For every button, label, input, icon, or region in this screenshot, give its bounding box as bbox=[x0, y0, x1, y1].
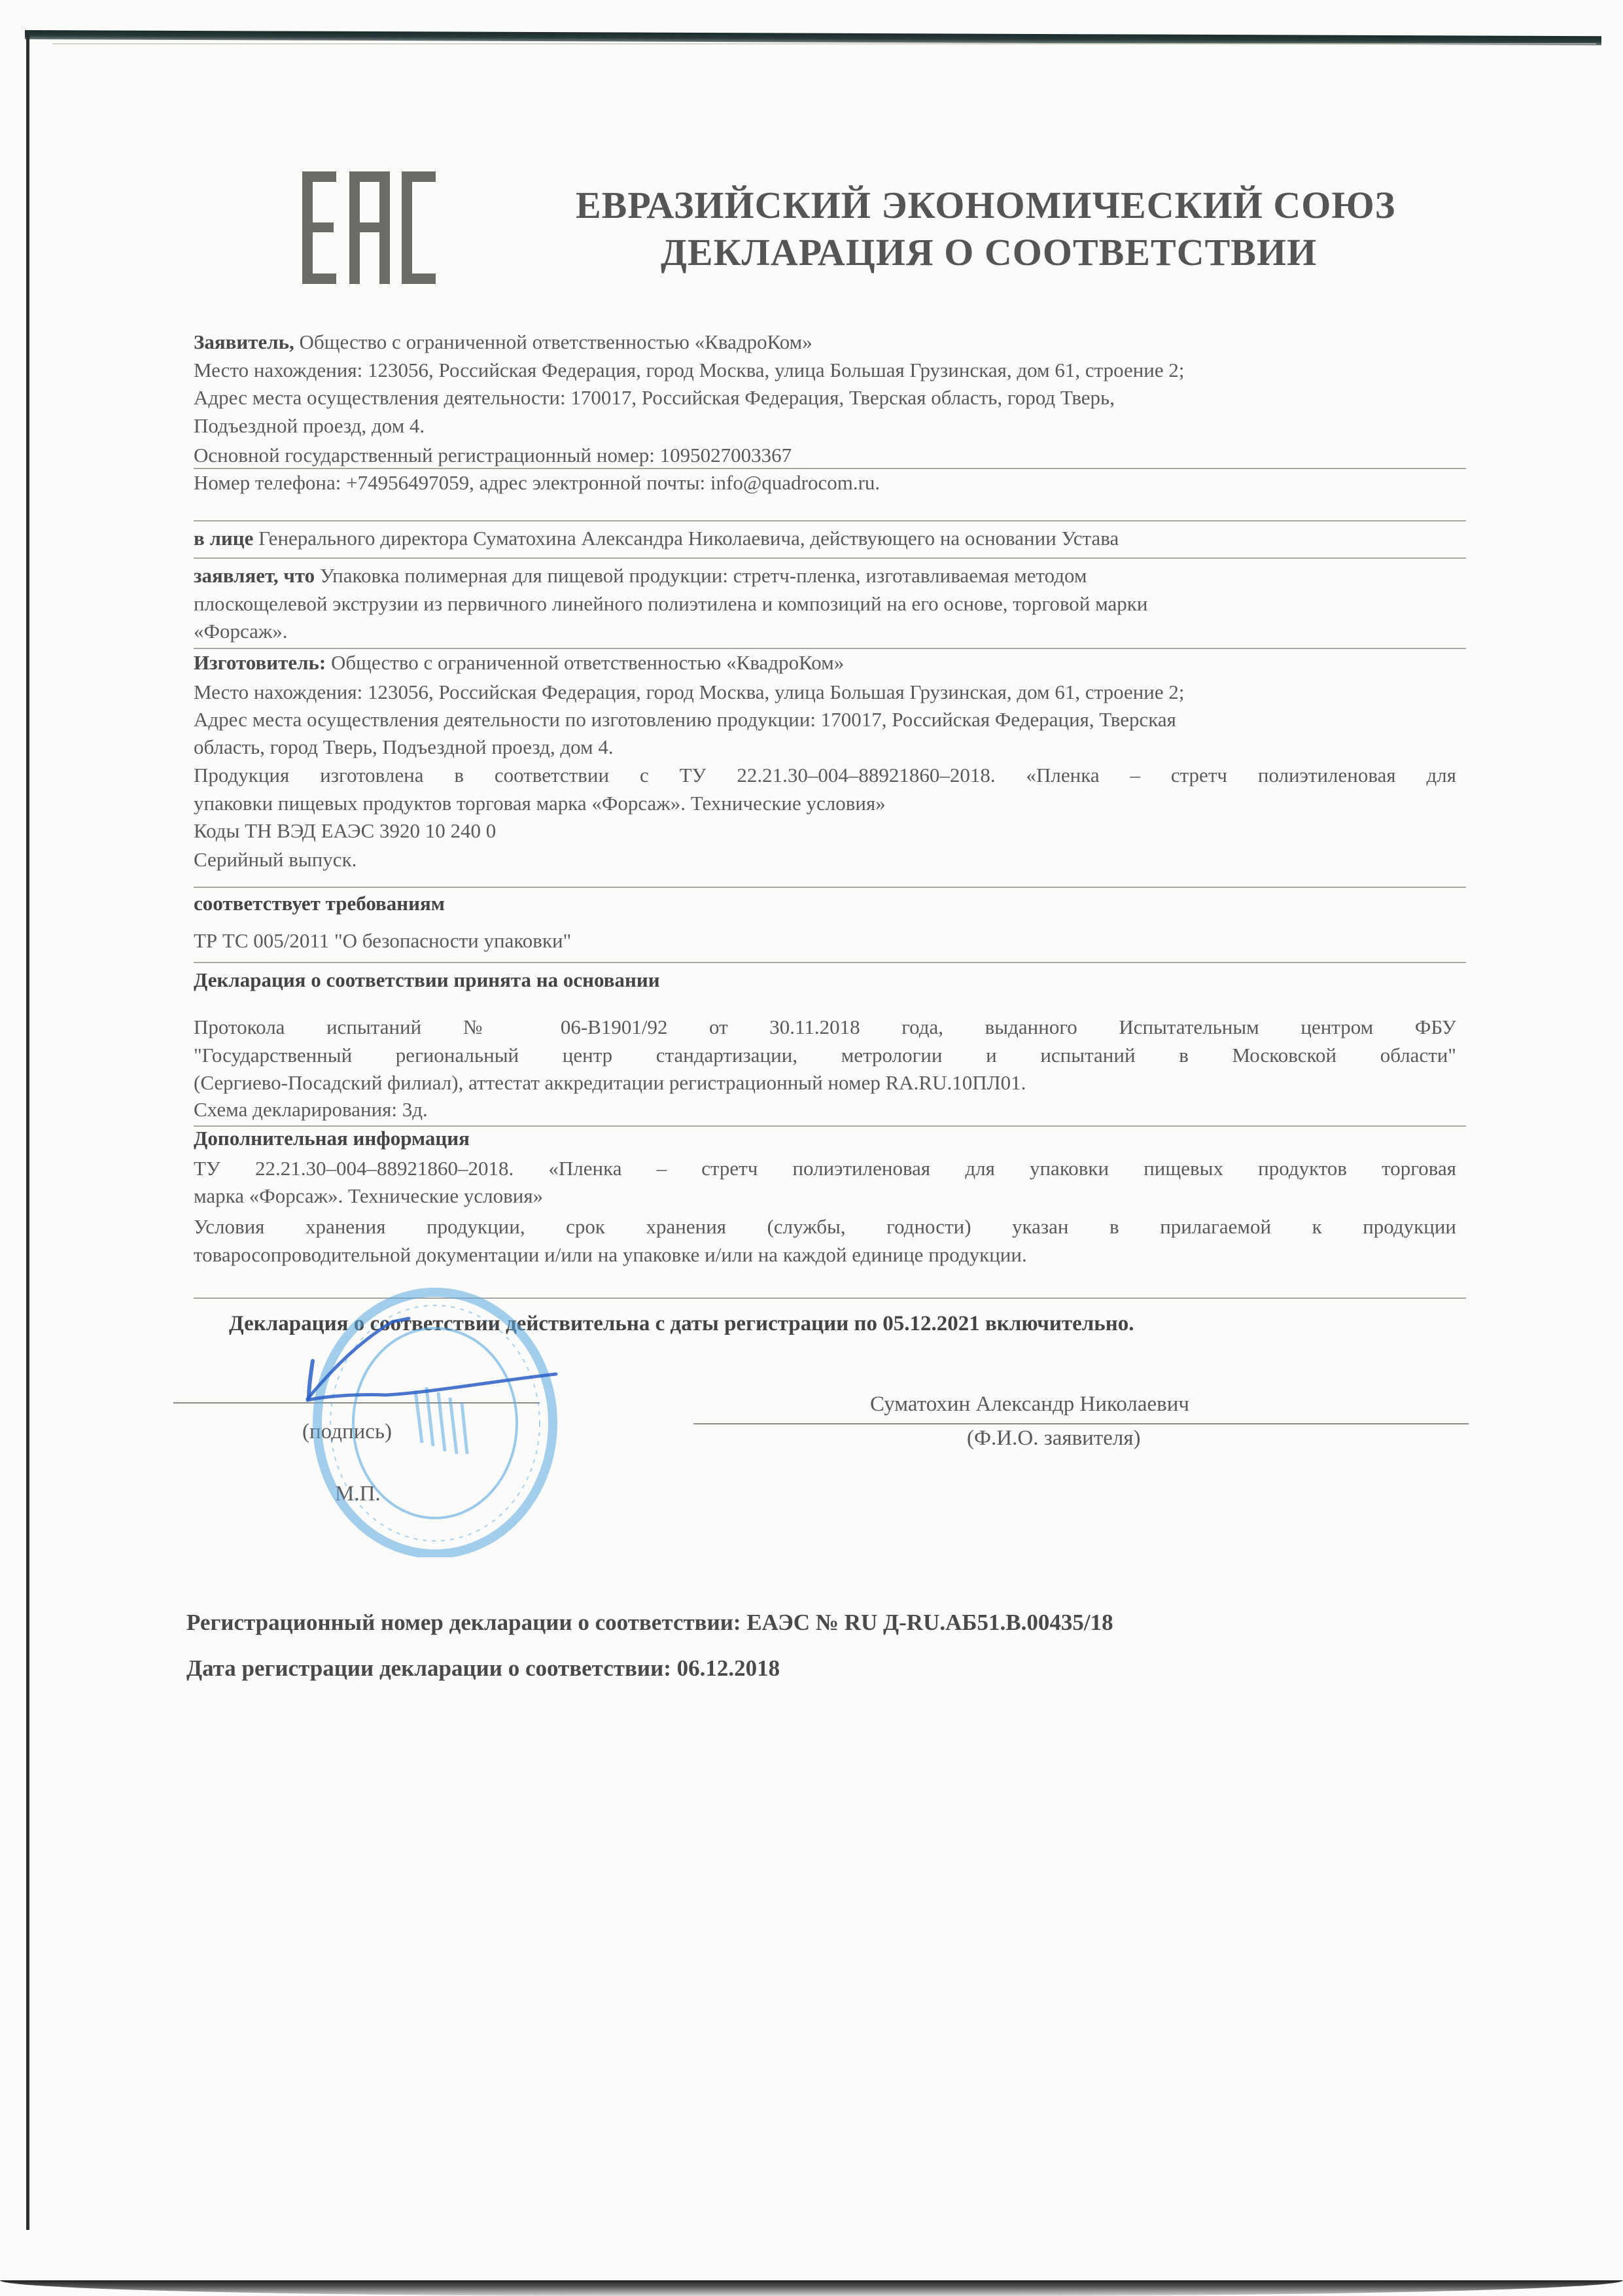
basis-line-3: (Сергиево-Посадский филиал), аттестат ак… bbox=[194, 1071, 1026, 1095]
representative-text: Генерального директора Суматохина Алекса… bbox=[253, 527, 1119, 550]
basis-label: Декларация о соответствии принята на осн… bbox=[194, 968, 660, 992]
signatory-name: Суматохин Александр Николаевич bbox=[870, 1392, 1189, 1417]
applicant-line: Заявитель, Общество с ограниченной ответ… bbox=[194, 330, 812, 354]
signatory-caption: (Ф.И.О. заявителя) bbox=[967, 1426, 1141, 1451]
registration-date: Дата регистрации декларации о соответств… bbox=[186, 1655, 780, 1682]
manufacturer-standard-2: упаковки пищевых продуктов торговая марк… bbox=[194, 792, 886, 815]
seal-caption: М.П. bbox=[335, 1482, 381, 1506]
signatory-name-line bbox=[693, 1423, 1469, 1424]
scan-edge-bottom bbox=[0, 2280, 1623, 2296]
applicant-activity-address-1: Адрес места осуществления деятельности: … bbox=[194, 386, 1115, 410]
statement-line-1: заявляет, что Упаковка полимерная для пи… bbox=[194, 564, 1087, 588]
applicant-label: Заявитель, bbox=[194, 330, 294, 353]
applicant-activity-address-2: Подъездной проезд, дом 4. bbox=[194, 414, 425, 438]
additional-info-line-3: Условия хранения продукции, срок хранени… bbox=[194, 1215, 1456, 1239]
separator bbox=[194, 557, 1466, 559]
requirements-label: соответствует требованиям bbox=[194, 892, 445, 915]
representative-label: в лице bbox=[194, 527, 253, 550]
separator bbox=[194, 648, 1466, 649]
manufacturer-line: Изготовитель: Общество с ограниченной от… bbox=[194, 651, 844, 675]
manufacturer-name: Общество с ограниченной ответственностью… bbox=[326, 651, 844, 674]
statement-label: заявляет, что bbox=[194, 564, 315, 587]
statement-line-3: «Форсаж». bbox=[194, 620, 288, 643]
representative-line: в лице Генерального директора Суматохина… bbox=[194, 527, 1119, 550]
manufacturer-hs-code: Коды ТН ВЭД ЕАЭС 3920 10 240 0 bbox=[194, 819, 496, 843]
document-title-union: ЕВРАЗИЙСКИЙ ЭКОНОМИЧЕСКИЙ СОЮЗ bbox=[576, 183, 1395, 227]
manufacturer-label: Изготовитель: bbox=[194, 651, 326, 674]
signature-line bbox=[173, 1402, 540, 1404]
manufacturer-production-address-1: Адрес места осуществления деятельности п… bbox=[194, 708, 1176, 732]
manufacturer-standard-1: Продукция изготовлена в соответствии с Т… bbox=[194, 764, 1456, 787]
manufacturer-location: Место нахождения: 123056, Российская Фед… bbox=[194, 680, 1185, 704]
manufacturer-production-address-2: область, город Тверь, Подъездной проезд,… bbox=[194, 735, 614, 759]
separator bbox=[194, 962, 1466, 963]
additional-info-line-4: товаросопроводительной документации и/ил… bbox=[194, 1243, 1027, 1267]
signature-caption: (подпись) bbox=[302, 1420, 392, 1444]
validity-statement: Декларация о соответствии действительна … bbox=[229, 1312, 1134, 1336]
eac-logo-icon bbox=[302, 171, 436, 284]
document-page: ЕВРАЗИЙСКИЙ ЭКОНОМИЧЕСКИЙ СОЮЗ ДЕКЛАРАЦИ… bbox=[0, 0, 1623, 2296]
additional-info-line-2: марка «Форсаж». Технические условия» bbox=[194, 1184, 543, 1208]
basis-line-1: Протокола испытаний № 06-В1901/92 от 30.… bbox=[194, 1016, 1456, 1039]
applicant-location: Место нахождения: 123056, Российская Фед… bbox=[194, 359, 1185, 382]
additional-info-label: Дополнительная информация bbox=[194, 1127, 470, 1150]
separator bbox=[194, 468, 1466, 469]
scan-edge-left bbox=[26, 30, 29, 2230]
additional-info-line-1: ТУ 22.21.30–004–88921860–2018. «Пленка –… bbox=[194, 1157, 1456, 1180]
separator bbox=[194, 520, 1466, 521]
statement-text-1: Упаковка полимерная для пищевой продукци… bbox=[315, 564, 1087, 587]
basis-scheme: Схема декларирования: 3д. bbox=[194, 1098, 428, 1122]
applicant-name: Общество с ограниченной ответственностью… bbox=[294, 330, 812, 353]
requirements-regulation: ТР ТС 005/2011 "О безопасности упаковки" bbox=[194, 929, 571, 953]
manufacturer-release-type: Серийный выпуск. bbox=[194, 848, 357, 872]
basis-line-2: "Государственный региональный центр стан… bbox=[194, 1044, 1456, 1067]
separator bbox=[194, 887, 1466, 888]
document-title-declaration: ДЕКЛАРАЦИЯ О СООТВЕТСТВИИ bbox=[661, 230, 1317, 274]
scan-edge-top-thin bbox=[52, 43, 1596, 44]
separator bbox=[194, 1298, 1466, 1299]
statement-line-2: плоскощелевой экструзии из первичного ли… bbox=[194, 592, 1147, 616]
applicant-ogrn: Основной государственный регистрационный… bbox=[194, 444, 792, 467]
registration-number: Регистрационный номер декларации о соотв… bbox=[186, 1610, 1113, 1636]
applicant-contacts: Номер телефона: +74956497059, адрес элек… bbox=[194, 471, 880, 495]
